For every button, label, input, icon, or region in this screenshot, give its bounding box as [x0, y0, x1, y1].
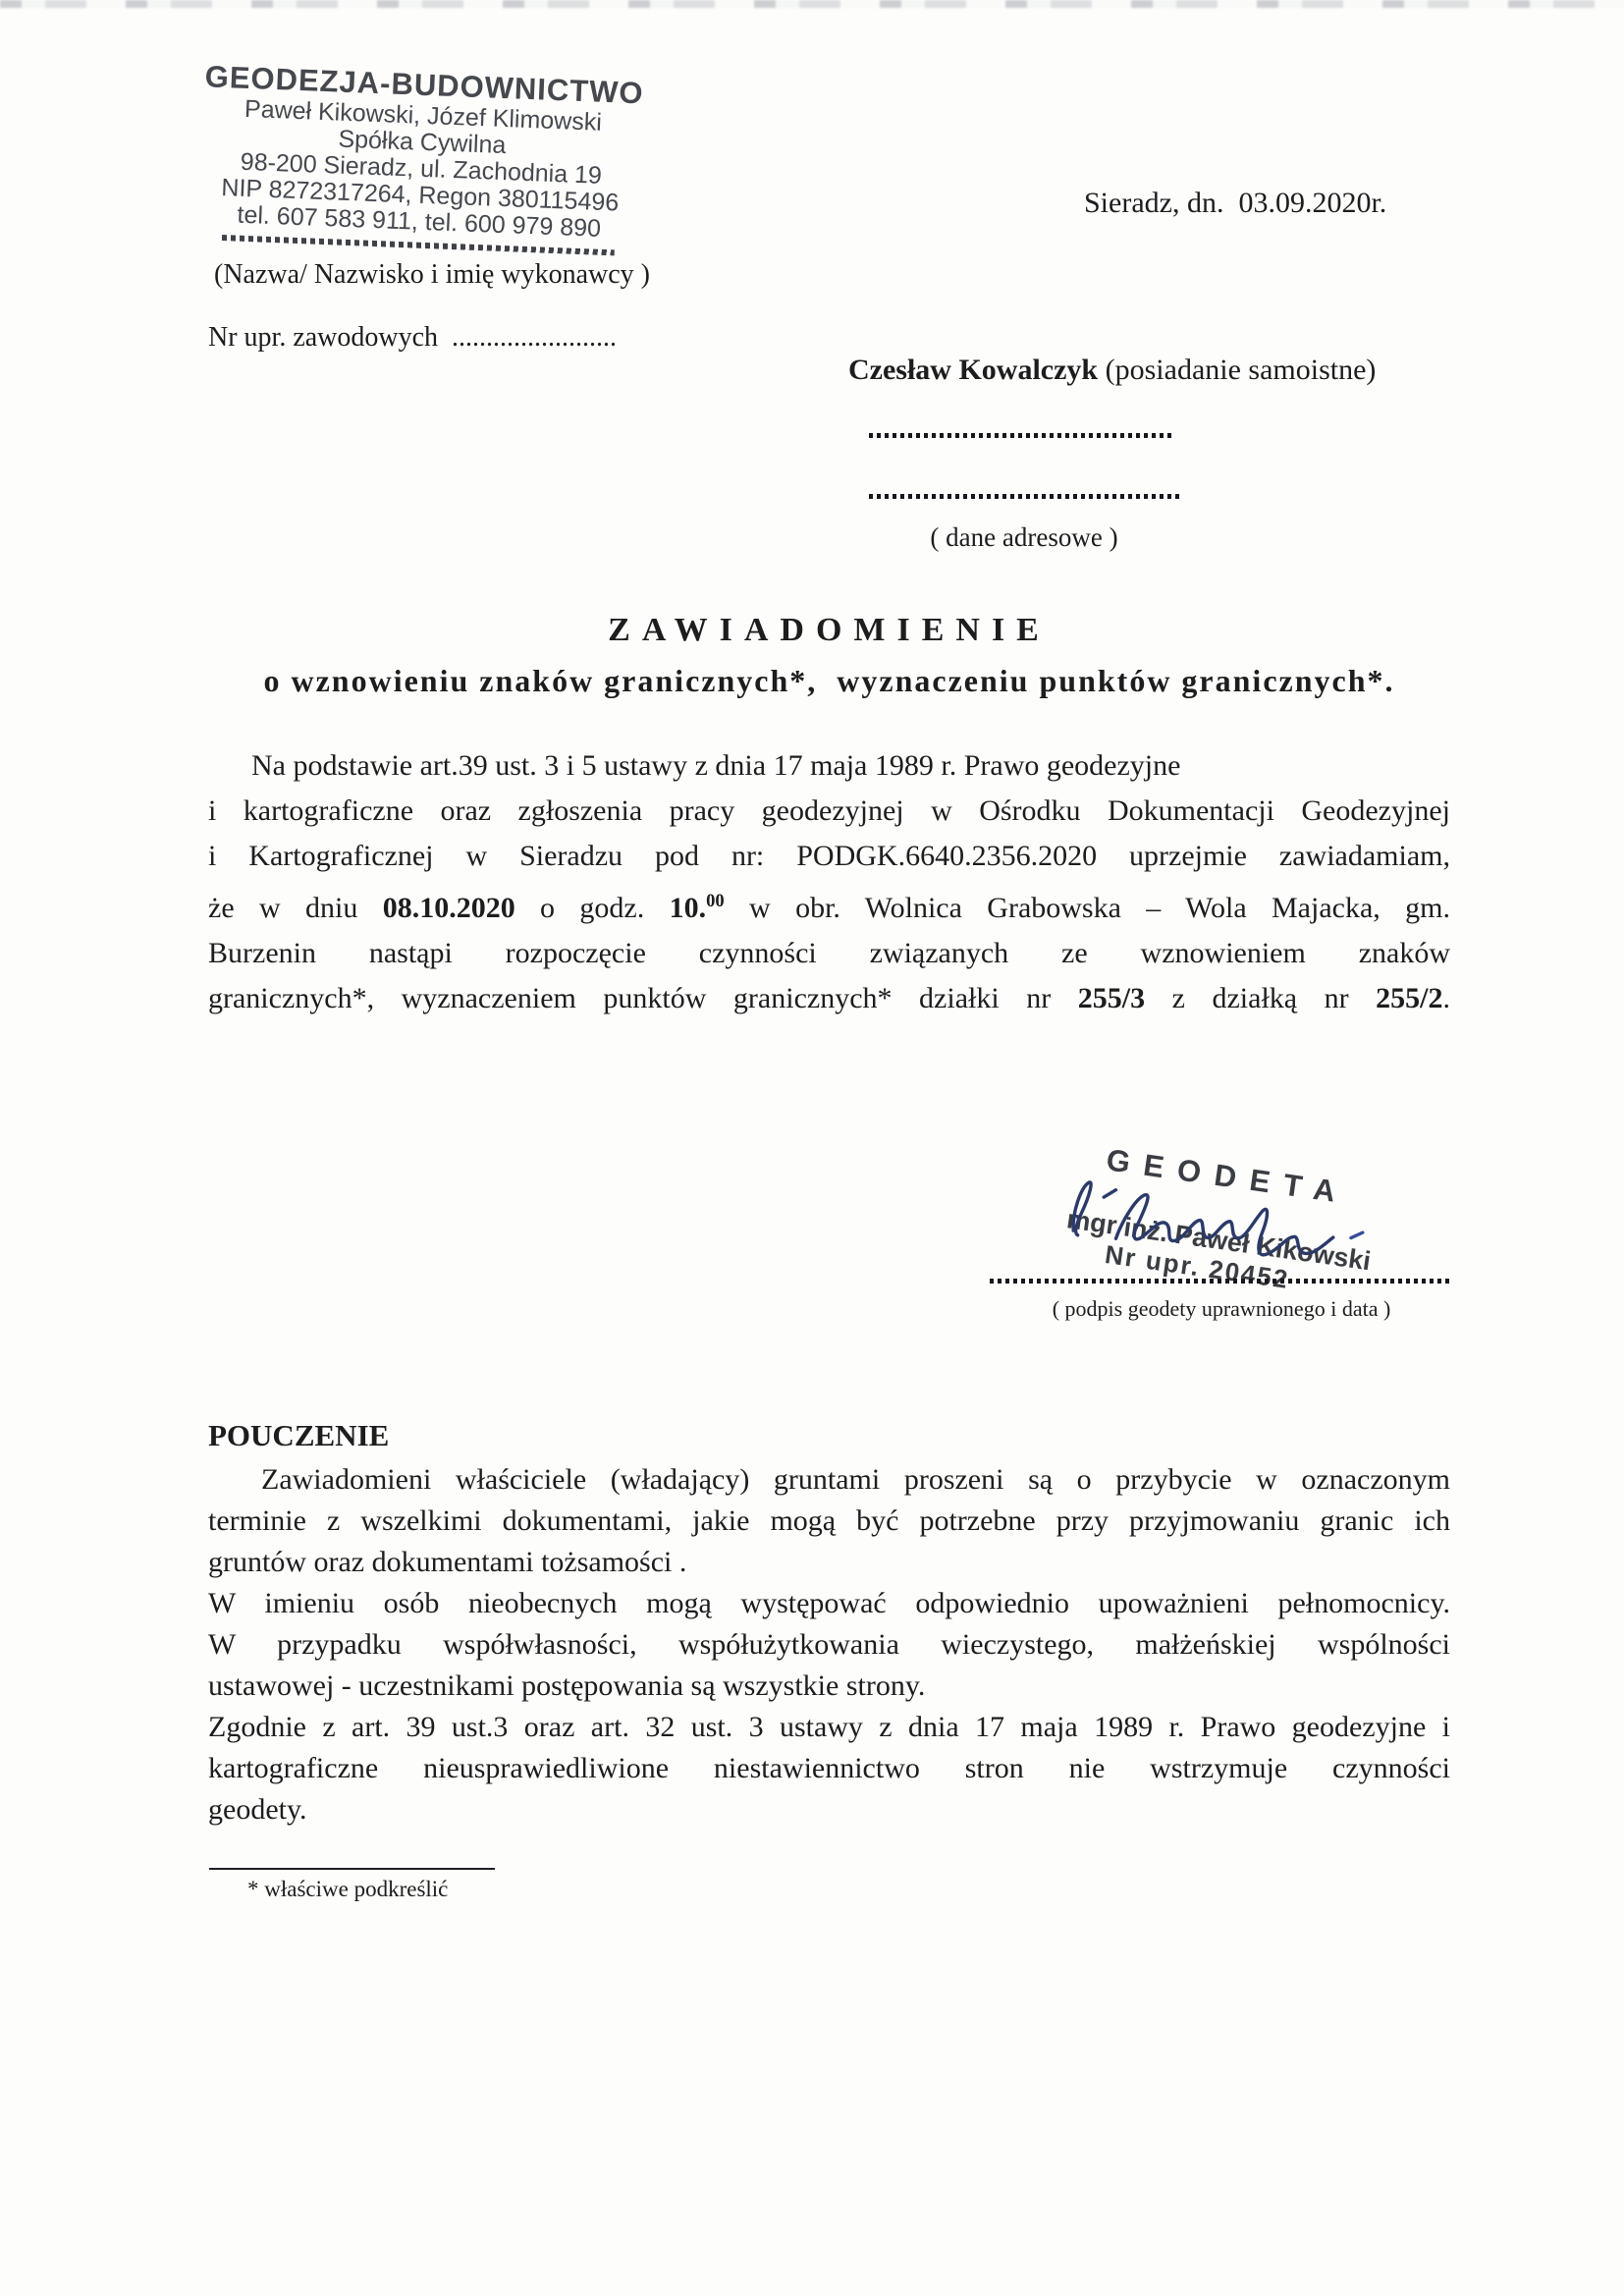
license-number-line: Nr upr. zawodowych .....................… — [208, 322, 617, 354]
notice-line-5: Burzenin nastąpi rozpoczęcie czynności z… — [208, 931, 1450, 976]
notice-line-3: i Kartograficznej w Sieradzu pod nr: POD… — [208, 834, 1450, 879]
place-date: Sieradz, dn. 03.09.2020r. — [1084, 187, 1386, 220]
recipient-name: Czesław Kowalczyk — [848, 354, 1098, 386]
notice-title: ZAWIADOMIENIE — [208, 612, 1450, 649]
notice-line-6-text2: z działką nr — [1145, 982, 1376, 1014]
scan-artifact-strip — [0, 0, 1624, 8]
notice-line-1: Na podstawie art.39 ust. 3 i 5 ustawy z … — [208, 743, 1450, 789]
scanned-document-page: GEODEZJA-BUDOWNICTWO Paweł Kikowski, Józ… — [0, 0, 1624, 2296]
pouczenie-line-1: Zawiadomieni właściciele (władający) gru… — [208, 1459, 1450, 1501]
pouczenie-line-2: terminie z wszelkimi dokumentami, jakie … — [208, 1501, 1450, 1542]
notice-paragraph: Na podstawie art.39 ust. 3 i 5 ustawy z … — [208, 743, 1450, 1021]
pouczenie-line-7: Zgodnie z art. 39 ust.3 oraz art. 32 ust… — [208, 1707, 1450, 1748]
notice-line-4: że w dniu 08.10.2020 o godz. 10.00 w obr… — [208, 879, 1450, 931]
pouczenie-line-9: geodety. — [208, 1789, 1450, 1831]
pouczenie-line-3: gruntów oraz dokumentami tożsamości . — [208, 1542, 1450, 1583]
signature-dotted-line — [990, 1279, 1453, 1284]
parcel-number-1: 255/3 — [1078, 982, 1145, 1014]
pouczenie-line-4: W imieniu osób nieobecnych mogą występow… — [208, 1583, 1450, 1624]
footnote-text: * właściwe podkreślić — [247, 1877, 448, 1902]
notice-subtitle: o wznowieniu znaków granicznych*, wyznac… — [208, 663, 1450, 699]
notice-line-2: i kartograficzne oraz zgłoszenia pracy g… — [208, 789, 1450, 834]
executor-caption: (Nazwa/ Nazwisko i imię wykonawcy ) — [214, 259, 650, 291]
pouczenie-section: POUCZENIE Zawiadomieni właściciele (wład… — [208, 1414, 1450, 1831]
recipient-possession: (posiadanie samoistne) — [1098, 354, 1376, 386]
notice-line-6-text: granicznych*, wyznaczeniem punktów grani… — [208, 982, 1078, 1014]
notice-line-4-text2: o godz. — [515, 892, 670, 924]
letterhead-stamp: GEODEZJA-BUDOWNICTWO Paweł Kikowski, Józ… — [191, 59, 652, 257]
recipient-dotted-line-2 — [869, 494, 1179, 499]
meeting-date: 08.10.2020 — [383, 892, 515, 924]
meeting-hour-superscript: 00 — [706, 891, 725, 911]
pouczenie-line-5: W przypadku współwłasności, współużytkow… — [208, 1624, 1450, 1666]
parcel-number-2: 255/2 — [1376, 982, 1442, 1014]
pouczenie-line-8: kartograficzne nieusprawiedliwione niest… — [208, 1748, 1450, 1789]
notice-line-4-text3: w obr. Wolnica Grabowska – Wola Majacka,… — [725, 892, 1450, 924]
recipient-name-line: Czesław Kowalczyk (posiadanie samoistne) — [848, 354, 1376, 387]
notice-line-4-text: że w dniu — [208, 892, 383, 924]
notice-line-6-text3: . — [1443, 982, 1451, 1014]
recipient-dotted-line-1 — [869, 433, 1173, 438]
pouczenie-heading: POUCZENIE — [208, 1414, 1450, 1457]
meeting-hour: 10. — [670, 892, 707, 924]
address-caption: ( dane adresowe ) — [869, 522, 1179, 553]
notice-line-6: granicznych*, wyznaczeniem punktów grani… — [208, 976, 1450, 1021]
signature-caption: ( podpis geodety uprawnionego i data ) — [990, 1296, 1453, 1322]
pouczenie-line-6: ustawowej - uczestnikami postępowania są… — [208, 1666, 1450, 1707]
footnote-separator — [209, 1868, 495, 1870]
